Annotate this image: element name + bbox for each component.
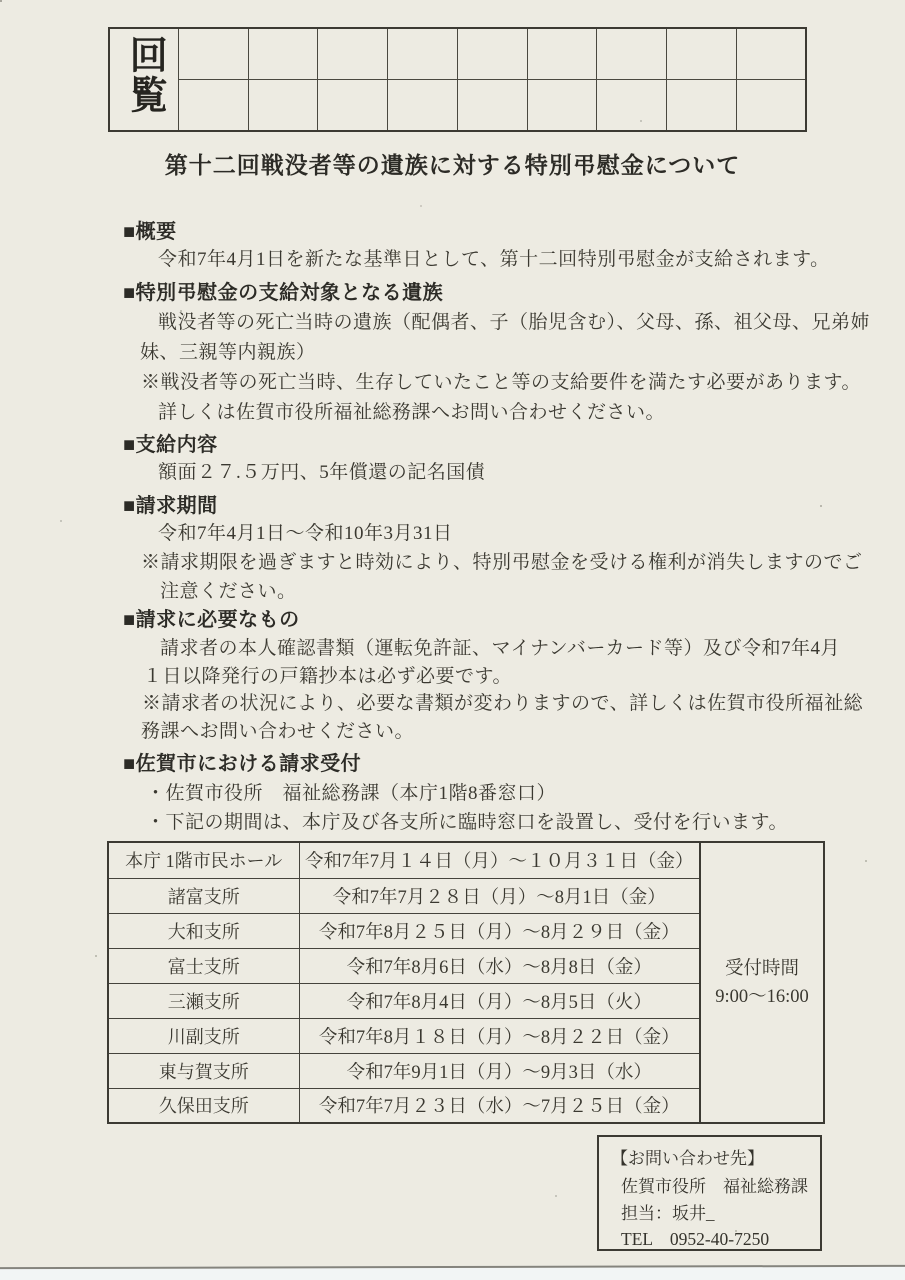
scan-edge bbox=[0, 1265, 905, 1280]
body-line: 額面２７.５万円、5年償還の記名国債 bbox=[158, 460, 485, 486]
contact-title: 【お問い合わせ先】 bbox=[611, 1144, 764, 1169]
body-line-note: ※請求者の状況により、必要な書類が変わりますので、詳しくは佐賀市役所福祉総 bbox=[142, 691, 863, 717]
body-line: 詳しくは佐賀市役所福祉総務課へお問い合わせください。 bbox=[158, 400, 665, 426]
grid-cell bbox=[736, 79, 806, 131]
grid-cell bbox=[318, 79, 388, 131]
circulation-grid: 回覧 bbox=[108, 27, 807, 132]
period-cell: 令和7年7月２８日（月）～8月1日（金） bbox=[299, 878, 700, 913]
contact-tel: TEL 0952-40-7250 bbox=[621, 1226, 769, 1251]
grid-cell bbox=[736, 28, 806, 79]
scan-noise bbox=[0, 0, 2, 2]
period-cell: 令和7年8月１８日（月）～8月２２日（金） bbox=[299, 1018, 700, 1053]
period-cell: 令和7年8月4日（月）～8月5日（火） bbox=[299, 983, 700, 1018]
reception-table: 本庁 1階市民ホール 令和7年7月１４日（月）～１０月３１日（金） 受付時間 9… bbox=[107, 841, 825, 1124]
heading-saga-reception: ■佐賀市における請求受付 bbox=[123, 751, 361, 777]
body-line: 令和7年4月1日～令和10年3月31日 bbox=[158, 521, 453, 547]
period-cell: 令和7年8月6日（水）～8月8日（金） bbox=[299, 948, 700, 983]
grid-cell bbox=[318, 28, 388, 79]
heading-overview: ■概要 bbox=[123, 219, 177, 245]
body-line: 戦没者等の死亡当時の遺族（配偶者、子（胎児含む）、父母、孫、祖父母、兄弟姉 bbox=[158, 310, 870, 336]
body-line-note: ※戦没者等の死亡当時、生存していたこと等の支給要件を満たす必要があります。 bbox=[141, 370, 861, 396]
reception-hours-label: 受付時間 bbox=[701, 955, 823, 983]
circulation-stamp-label: 回覧 bbox=[123, 35, 166, 115]
location-cell: 川副支所 bbox=[108, 1018, 299, 1053]
grid-cell bbox=[388, 79, 458, 131]
document-page: 回覧 第十二回戦没者等の遺族に対する特別弔慰金について ■概要 令和7年4月1日… bbox=[0, 0, 905, 1280]
grid-cell bbox=[527, 79, 597, 131]
heading-eligible-family: ■特別弔慰金の支給対象となる遺族 bbox=[123, 280, 443, 306]
grid-cell bbox=[597, 28, 667, 79]
body-line-bullet: ・佐賀市役所 福祉総務課（本庁1階8番窓口） bbox=[146, 781, 556, 807]
grid-cell bbox=[597, 79, 667, 131]
body-line-bullet: ・下記の期間は、本庁及び各支所に臨時窓口を設置し、受付を行います。 bbox=[146, 810, 788, 836]
location-cell: 東与賀支所 bbox=[108, 1053, 299, 1088]
period-cell: 令和7年8月２５日（月）～8月２９日（金） bbox=[299, 913, 700, 948]
grid-cell bbox=[388, 28, 458, 79]
body-line: 令和7年4月1日を新たな基準日として、第十二回特別弔慰金が支給されます。 bbox=[158, 247, 830, 273]
contact-office: 佐賀市役所 福祉総務課 bbox=[621, 1172, 808, 1197]
hours-cell: 受付時間 9:00～16:00 bbox=[700, 842, 824, 1123]
location-cell: 久保田支所 bbox=[108, 1088, 299, 1123]
grid-cell bbox=[667, 79, 737, 131]
grid-cell bbox=[527, 28, 597, 79]
grid-cell bbox=[667, 28, 737, 79]
period-cell: 令和7年9月1日（月）～9月3日（水） bbox=[299, 1053, 700, 1088]
period-cell: 令和7年7月１４日（月）～１０月３１日（金） bbox=[299, 842, 700, 878]
location-cell: 三瀬支所 bbox=[108, 983, 299, 1018]
document-title: 第十二回戦没者等の遺族に対する特別弔慰金について bbox=[0, 147, 905, 180]
grid-cell bbox=[179, 28, 249, 79]
grid-cell bbox=[457, 79, 527, 131]
grid-cell bbox=[248, 28, 318, 79]
circulation-stamp: 回覧 bbox=[109, 28, 179, 131]
period-cell: 令和7年7月２３日（水）～7月２５日（金） bbox=[299, 1088, 700, 1123]
body-line: 妹、三親等内親族） bbox=[140, 340, 316, 366]
heading-payment-details: ■支給内容 bbox=[123, 432, 218, 458]
body-line-note: ※請求期限を過ぎますと時効により、特別弔慰金を受ける権利が消失しますのでご bbox=[141, 550, 863, 576]
table-row: 本庁 1階市民ホール 令和7年7月１４日（月）～１０月３１日（金） 受付時間 9… bbox=[108, 842, 824, 878]
heading-claim-period: ■請求期間 bbox=[123, 493, 218, 519]
grid-cell bbox=[457, 28, 527, 79]
location-cell: 大和支所 bbox=[108, 913, 299, 948]
body-line: 注意ください。 bbox=[160, 579, 297, 605]
grid-cell bbox=[248, 79, 318, 131]
body-line: 務課へお問い合わせください。 bbox=[141, 719, 414, 745]
location-cell: 富士支所 bbox=[108, 948, 299, 983]
contact-box: 【お問い合わせ先】 佐賀市役所 福祉総務課 担当：坂井_ TEL 0952-40… bbox=[597, 1135, 822, 1251]
heading-required-documents: ■請求に必要なもの bbox=[123, 607, 300, 633]
location-cell: 諸富支所 bbox=[108, 878, 299, 913]
body-line: １日以降発行の戸籍抄本は必ず必要です。 bbox=[143, 664, 512, 690]
location-cell: 本庁 1階市民ホール bbox=[108, 842, 299, 878]
reception-hours-time: 9:00～16:00 bbox=[701, 983, 823, 1011]
body-line: 請求者の本人確認書類（運転免許証、マイナンバーカード等）及び令和7年4月 bbox=[160, 636, 840, 662]
grid-cell bbox=[179, 79, 249, 131]
contact-person: 担当：坂井_ bbox=[621, 1199, 715, 1224]
